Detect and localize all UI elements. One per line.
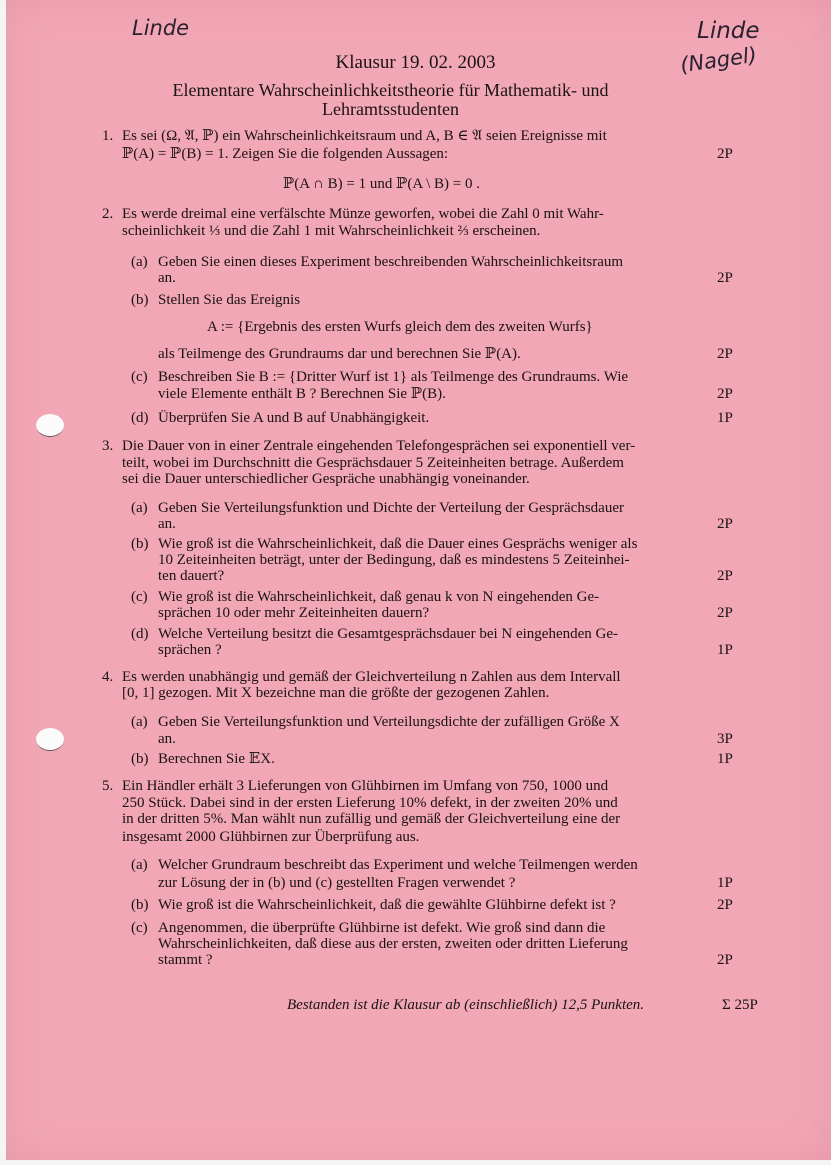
subpart-label: (a) [131,857,148,874]
problem-text-line: sei die Dauer unterschiedlicher Gespräch… [122,471,530,487]
subpart-label: (a) [131,714,148,731]
points-label: 2P [717,897,757,914]
points-label: 2P [717,568,757,585]
handwritten-name-right: Linde [697,18,760,44]
subpart-text-line: Angenommen, die überprüfte Glühbirne ist… [158,920,605,936]
subpart-text-line: viele Elemente enthält B ? Berechnen Sie… [158,386,446,402]
punch-hole-top [36,414,64,437]
points-label: 3P [717,731,757,748]
subpart-label: (a) [131,254,148,271]
subpart-label: (c) [131,920,148,937]
subpart-text-line: Wie groß ist die Wahrscheinlichkeit, daß… [158,897,616,913]
subpart-text-line: Wie groß ist die Wahrscheinlichkeit, daß… [158,589,599,605]
subpart-text-line: Stellen Sie das Ereignis [158,292,300,308]
subpart-text-line: Geben Sie einen dieses Experiment beschr… [158,254,623,270]
problem-number: 2. [102,206,113,223]
subpart-text-line: ten dauert? [158,568,224,584]
points-label: 2P [717,346,757,363]
subpart-text-line: Welcher Grundraum beschreibt das Experim… [158,857,638,873]
subpart-label: (b) [131,897,149,914]
problem-text-line: scheinlichkeit ⅓ und die Zahl 1 mit Wahr… [122,223,540,239]
subpart-text-line: als Teilmenge des Grundraums dar und ber… [158,346,521,362]
problem-number: 4. [102,669,113,686]
points-label: 2P [717,952,757,969]
subpart-label: (d) [131,626,149,643]
points-label: 2P [717,270,757,287]
subpart-text-line: Beschreiben Sie B := {Dritter Wurf ist 1… [158,369,628,385]
subpart-text-line: Geben Sie Verteilungsfunktion und Vertei… [158,714,620,730]
subpart-text-line: Wie groß ist die Wahrscheinlichkeit, daß… [158,536,637,552]
problem-number: 1. [102,128,113,145]
points-label: 1P [717,642,757,659]
subpart-text-line: an. [158,731,176,747]
problem-formula: ℙ(A ∩ B) = 1 und ℙ(A \ B) = 0 . [283,174,480,193]
points-label: 2P [717,386,757,403]
subpart-label: (d) [131,410,149,427]
problem-text-line: Es werden unabhängig und gemäß der Gleic… [122,669,621,685]
course-title-line1: Elementare Wahrscheinlichkeitstheorie fü… [120,81,661,100]
subpart-text-line: an. [158,270,176,286]
points-label: 2P [717,516,757,533]
points-label: 2P [717,605,757,622]
exam-title: Klausur 19. 02. 2003 [0,52,831,74]
subpart-text-line: Wahrscheinlichkeiten, daß diese aus der … [158,936,628,952]
subpart-text-line: sprächen 10 oder mehr Zeiteinheiten daue… [158,605,429,621]
points-label: 1P [717,410,757,427]
problem-number: 3. [102,438,113,455]
subpart-label: (c) [131,589,148,606]
subpart-text-line: Berechnen Sie 𝔼X. [158,751,275,767]
subpart-text-line: Welche Verteilung besitzt die Gesamtgesp… [158,626,618,642]
subpart-label: (c) [131,369,148,386]
handwritten-name-left: Linde [132,16,189,40]
subpart-text-line: Geben Sie Verteilungsfunktion und Dichte… [158,500,624,516]
punch-hole-bottom [36,728,64,751]
total-points: Σ 25P [722,997,758,1013]
subpart-label: (a) [131,500,148,517]
points-label: 1P [717,751,757,768]
problem-text-line: Es werde dreimal eine verfälschte Münze … [122,206,604,222]
subpart-text-line: Überprüfen Sie A und B auf Unabhängigkei… [158,410,429,426]
points-label: 1P [717,875,757,892]
course-title-line2: Lehramtsstudenten [120,100,661,119]
subpart-formula: A := {Ergebnis des ersten Wurfs gleich d… [207,319,593,336]
subpart-text-line: an. [158,516,176,532]
subpart-text-line: zur Lösung der in (b) und (c) gestellten… [158,875,515,891]
passing-note: Bestanden ist die Klausur ab (einschließ… [287,997,644,1014]
problem-text-line: Die Dauer von in einer Zentrale eingehen… [122,438,635,454]
subpart-text-line: stammt ? [158,952,213,968]
subpart-text-line: 10 Zeiteinheiten beträgt, unter der Bedi… [158,552,630,568]
subpart-label: (b) [131,536,149,553]
problem-text-line: Es sei (Ω, 𝔄, ℙ) ein Wahrscheinlichkeits… [122,128,607,144]
problem-text-line: in der dritten 5%. Man wählt nun zufälli… [122,811,620,827]
problem-number: 5. [102,778,113,795]
problem-text-line: teilt, wobei im Durchschnitt die Gespräc… [122,455,624,471]
problem-text-line: ℙ(A) = ℙ(B) = 1. Zeigen Sie die folgende… [122,146,448,162]
points-label: 2P [717,146,757,163]
problem-text-line: [0, 1] gezogen. Mit X bezeichne man die … [122,685,549,701]
subpart-text-line: sprächen ? [158,642,222,658]
problem-text-line: 250 Stück. Dabei sind in der ersten Lief… [122,795,618,811]
subpart-label: (b) [131,292,149,309]
problem-text-line: insgesamt 2000 Glühbirnen zur Überprüfun… [122,829,419,845]
problem-text-line: Ein Händler erhält 3 Lieferungen von Glü… [122,778,608,794]
subpart-label: (b) [131,751,149,768]
